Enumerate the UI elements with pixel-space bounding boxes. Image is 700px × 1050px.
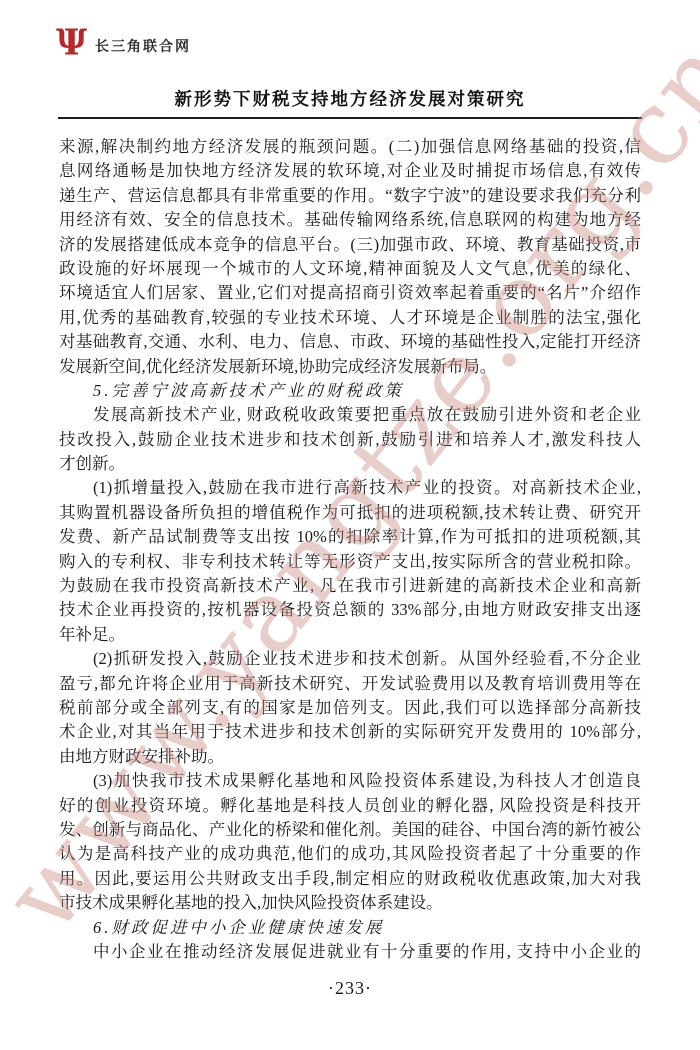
body-line: 技术企业再投资的,按机器设备投资总额的 33%部分,由地方财政安排支出逐 xyxy=(59,598,641,622)
page-number: ·233· xyxy=(0,978,700,999)
site-logo-label: 长三角联合网 xyxy=(95,30,191,56)
body-line: 对基础教育,交通、水利、电力、信息、市政、环境的基础性投入,定能打开经济 xyxy=(59,330,641,354)
scanned-document-page: Ψ 长三角联合网 新形势下财税支持地方经济发展对策研究 www.yangtze.… xyxy=(0,0,700,1050)
body-text: 来源,解决制约地方经济发展的瓶颈问题。(二)加强信息网络基础的投资,信息网络通畅… xyxy=(59,135,641,964)
body-line: 技改投入,鼓励企业技术进步和技术创新,鼓励引进和培养人才,激发科技人 xyxy=(59,428,641,452)
body-line: 发费、新产品试制费等支出按 10%的扣除率计算,作为可抵扣的进项税额,其 xyxy=(59,525,641,549)
body-line: (1)抓增量投入,鼓励在我市进行高新技术产业的投资。对高新技术企业, xyxy=(59,476,641,500)
body-line: (2)抓研发投入,鼓励企业技术进步和技术创新。从国外经验看,不分企业 xyxy=(59,647,641,671)
body-line: 用经济有效、安全的信息技术。基础传输网络系统,信息联网的构建为地方经 xyxy=(59,208,641,232)
body-line: 来源,解决制约地方经济发展的瓶颈问题。(二)加强信息网络基础的投资,信 xyxy=(59,135,641,159)
body-line: 税前部分或全部列支,有的国家是加倍列支。因此,我们可以选择部分高新技 xyxy=(59,696,641,720)
body-line: 才创新。 xyxy=(59,452,641,476)
body-line: 市技术成果孵化基地的投入,加快风险投资体系建设。 xyxy=(59,891,641,915)
body-line: 术企业,对其当年用于技术进步和技术创新的实际研究开发费用的 10%部分, xyxy=(59,720,641,744)
page-title: 新形势下财税支持地方经济发展对策研究 xyxy=(59,86,641,111)
body-line: 购入的专利权、非专利技术转让等无形资产支出,按实际所含的营业税扣除。 xyxy=(59,550,641,574)
body-line: 由地方财政安排补助。 xyxy=(59,745,641,769)
section-heading-line: 6.财政促进中小企业健康快速发展 xyxy=(59,916,641,940)
section-heading-line: 5.完善宁波高新技术产业的财税政策 xyxy=(59,379,641,403)
body-line: 年补足。 xyxy=(59,623,641,647)
body-line: 济的发展搭建低成本竞争的信息平台。(三)加强市政、环境、教育基础投资,市 xyxy=(59,233,641,257)
body-line: 好的创业投资环境。孵化基地是科技人员创业的孵化器, 风险投资是科技开 xyxy=(59,794,641,818)
body-line: 认为是高科技产业的成功典范,他们的成功,其风险投资者起了十分重要的作 xyxy=(59,842,641,866)
body-line: 为鼓励在我市投资高新技术产业, 凡在我市引进新建的高新技术企业和高新 xyxy=(59,574,641,598)
body-line: 其购置机器设备所负担的增值税作为可抵扣的进项税额,技术转让费、研究开 xyxy=(59,501,641,525)
title-rule-divider xyxy=(58,117,642,119)
body-line: 息网络通畅是加快地方经济发展的软环境,对企业及时捕捉市场信息,有效传 xyxy=(59,159,641,183)
body-line: 递生产、营运信息都具有非常重要的作用。“数字宁波”的建设要求我们充分利 xyxy=(59,184,641,208)
body-line: 发展高新技术产业, 财政税收政策要把重点放在鼓励引进外资和老企业 xyxy=(59,403,641,427)
body-line: 环境适宜人们居家、置业,它们对提高招商引资效率起着重要的“名片”介绍作 xyxy=(59,281,641,305)
body-line: (3)加快我市技术成果孵化基地和风险投资体系建设,为科技人才创造良 xyxy=(59,769,641,793)
body-line: 政设施的好坏展现一个城市的人文环境,精神面貌及人文气息,优美的绿化、 xyxy=(59,257,641,281)
body-line: 用。因此,要运用公共财政支出手段,制定相应的财政税收优惠政策,加大对我 xyxy=(59,867,641,891)
body-line: 发展新空间,优化经济发展新环境,协助完成经济发展新布局。 xyxy=(59,355,641,379)
body-line: 盈亏,都允许将企业用于高新技术研究、开发试验费用以及教育培训费用等在 xyxy=(59,672,641,696)
site-logo: Ψ 长三角联合网 xyxy=(56,26,191,60)
body-line: 用,优秀的基础教育,较强的专业技术环境、人才环境是企业制胜的法宝,强化 xyxy=(59,306,641,330)
body-line: 中小企业在推动经济发展促进就业有十分重要的作用, 支持中小企业的 xyxy=(59,940,641,964)
body-line: 发、创新与商品化、产业化的桥梁和催化剂。美国的硅谷、中国台湾的新竹被公 xyxy=(59,818,641,842)
psi-monogram-icon: Ψ xyxy=(56,25,87,61)
